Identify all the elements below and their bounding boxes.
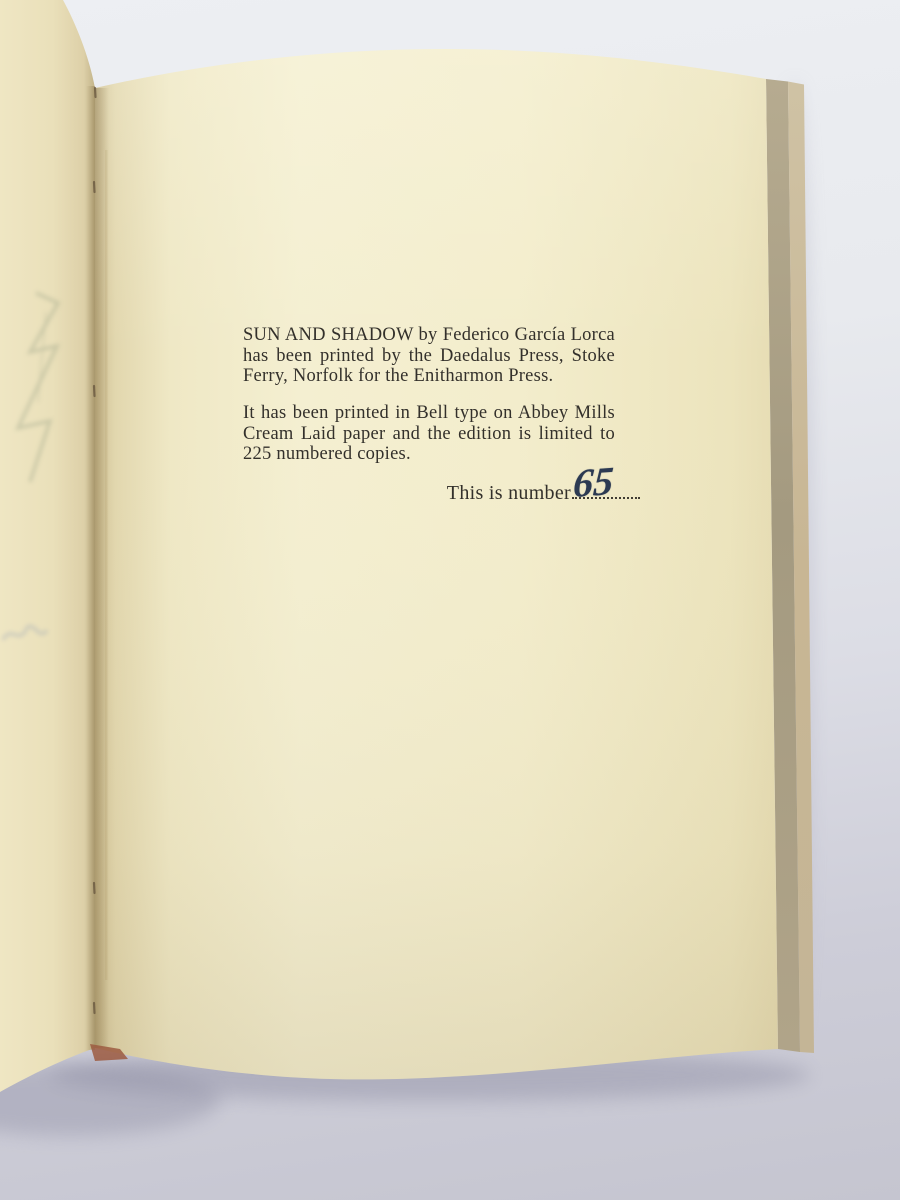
limitation-line: This is number 65 <box>243 482 640 505</box>
colophon-line: Ferry, Norfolk for the Enitharmon Press. <box>243 366 615 387</box>
colophon-line: It has been printed in Bell type on Abbe… <box>243 403 615 424</box>
colophon-line: Cream Laid paper and the edition is limi… <box>243 424 615 445</box>
book-photo: SUN AND SHADOW by Federico García Lorca … <box>0 0 900 1200</box>
dotted-leader: 65 <box>572 482 640 499</box>
colophon-line: SUN AND SHADOW by Federico García Lorca <box>243 325 615 346</box>
limitation-label: This is number <box>447 482 571 505</box>
colophon-line: 225 numbered copies. <box>243 444 615 465</box>
colophon-paragraph-2: It has been printed in Bell type on Abbe… <box>243 403 615 465</box>
open-book-illustration <box>0 0 900 1200</box>
gutter-shadow-left <box>86 86 95 1050</box>
right-page-shading <box>95 49 778 1079</box>
handwritten-copy-number: 65 <box>572 461 615 504</box>
left-page <box>0 0 95 1092</box>
colophon-paragraph-1: SUN AND SHADOW by Federico García Lorca … <box>243 325 615 387</box>
colophon-line: has been printed by the Daedalus Press, … <box>243 346 615 367</box>
gutter-crease-line <box>105 150 108 980</box>
